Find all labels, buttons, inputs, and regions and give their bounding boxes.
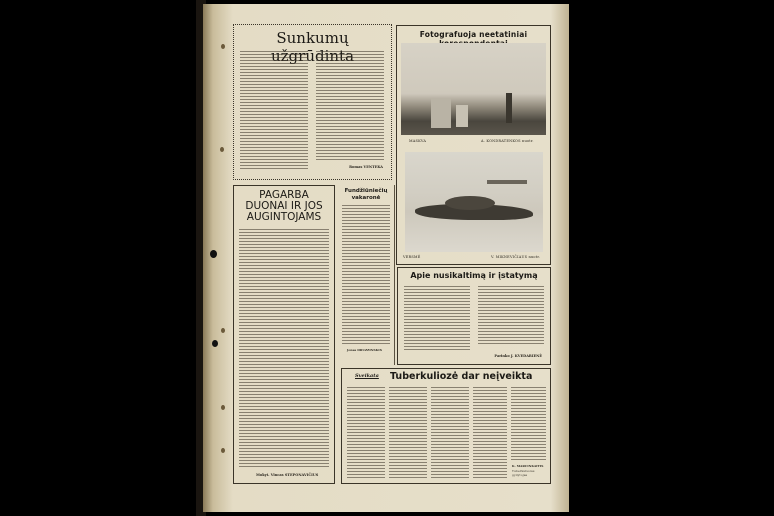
body-text-column [316, 51, 384, 161]
staple-mark [221, 328, 225, 333]
article-tuberkulioze: Sveikata Tuberkuliozė dar neįveikta K. M… [341, 368, 551, 484]
byline: Mokyt. Vincas STEPONAVIČIUS [256, 473, 318, 477]
byline: Parinko J. KVEDARIENĖ [494, 354, 542, 358]
staple-mark [220, 147, 224, 152]
body-text-column [347, 387, 385, 479]
byline: Jonas DRUZZINSKIS [347, 348, 382, 352]
article-apie: Apie nusikaltimą ir įstatymą Parinko J. … [397, 267, 551, 365]
quotes-column [478, 286, 544, 346]
body-text-column [473, 387, 507, 479]
article-pagarba: PAGARBA DUONAI IR JOS AUGINTOJAMS Mokyt.… [233, 185, 335, 484]
body-text-column [389, 387, 427, 479]
byline-role: Tuberkuliozės gydytojas [512, 469, 550, 477]
photo-caption-left: MASKVA [409, 139, 426, 143]
column-rule [394, 185, 395, 365]
headline-line: vakaronė [339, 195, 393, 202]
photo-caption-right: A. KONDRATENKOS nuotr. [481, 139, 534, 143]
body-text-column [239, 229, 329, 469]
binding-hole [212, 340, 218, 347]
section-kicker: Sveikata [355, 373, 379, 379]
headline: Tuberkuliozė dar neįveikta [390, 371, 544, 382]
photo-caption-right: V. MIKNEVIČIAUS nuotr. [491, 255, 540, 259]
photo-moscow [401, 43, 546, 135]
body-text-column [240, 51, 308, 169]
staple-mark [221, 405, 225, 410]
binding-hole [210, 250, 217, 258]
headline: Fundžiūniečių vakaronė [339, 188, 393, 202]
headline: PAGARBA DUONAI IR JOS AUGINTOJAMS [234, 190, 334, 223]
photo-caption-left: VERSMĖ [403, 255, 420, 259]
byline: Romas VENTEKA [349, 165, 383, 169]
staple-mark [221, 448, 225, 453]
byline: K. MARCINKAITIS [512, 464, 543, 468]
body-text-column [342, 205, 390, 345]
staple-mark [221, 44, 225, 49]
quotes-column [404, 286, 470, 352]
headline-line: AUGINTOJAMS [234, 212, 334, 223]
body-text-column [511, 387, 546, 461]
photo-versme [405, 152, 543, 252]
article-photos: Fotografuoja neetatiniai korespondentai … [396, 25, 551, 265]
body-text-column [431, 387, 469, 479]
headline: Apie nusikaltimą ir įstatymą [398, 271, 550, 280]
article-fundziuniesiu: Fundžiūniečių vakaronė Jonas DRUZZINSKIS [339, 185, 393, 365]
article-sunkumu: Sunkumų užgrūdinta Romas VENTEKA [233, 24, 392, 180]
headline-line: Fundžiūniečių [339, 188, 393, 195]
